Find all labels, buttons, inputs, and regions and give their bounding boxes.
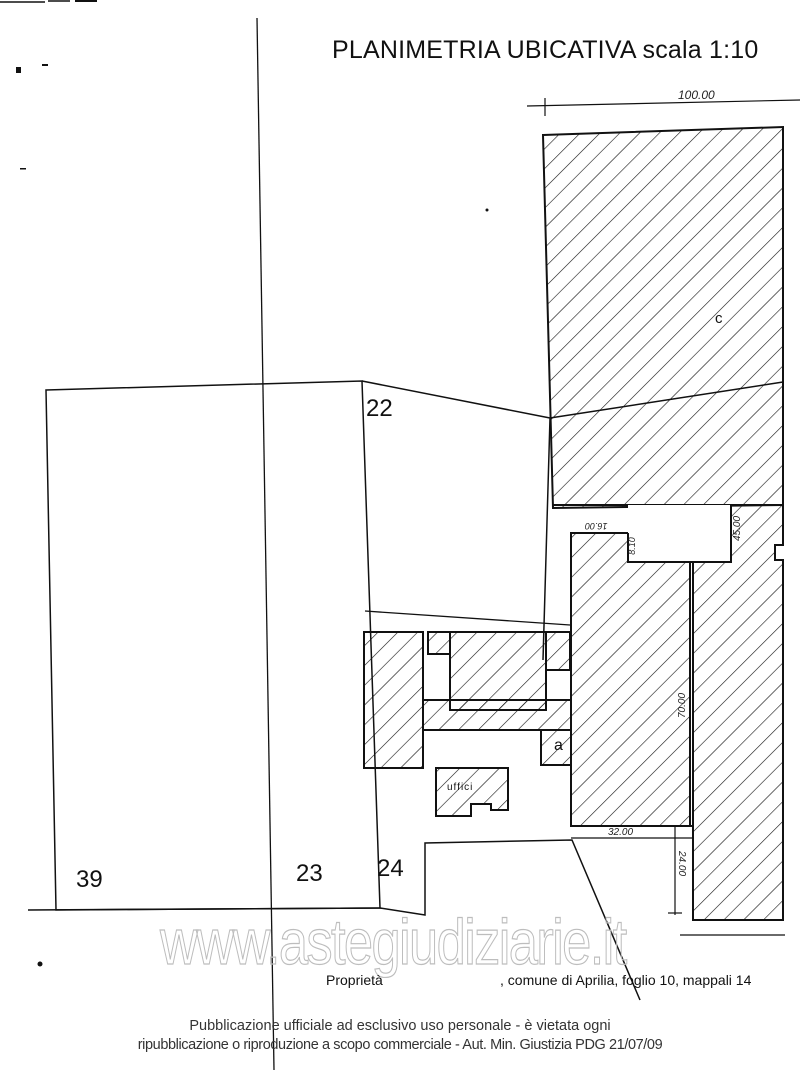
dimension-line-top — [527, 98, 800, 116]
building-label-c: c — [715, 310, 723, 327]
dimension-100: 100.00 — [678, 88, 715, 102]
parcel-label-39: 39 — [76, 866, 103, 894]
footer-notice-line2: ripubblicazione o riproduzione a scopo c… — [0, 1037, 800, 1053]
dimension-70: 70.00 — [677, 693, 688, 718]
plan-title: PLANIMETRIA UBICATIVA scala 1:10 — [332, 36, 758, 65]
dimension-8: 8.10 — [627, 537, 637, 555]
building-label-a: a — [554, 737, 563, 755]
dimension-24: 24.00 — [676, 851, 687, 876]
caption-owner: Proprietà — [326, 972, 383, 988]
building-c — [543, 127, 783, 508]
caption-location: , comune di Aprilia, foglio 10, mappali … — [500, 972, 751, 988]
building-main — [571, 533, 690, 826]
dimension-45: 45.00 — [732, 516, 743, 541]
parcel-label-23: 23 — [296, 860, 323, 888]
parcel-label-24: 24 — [377, 855, 404, 883]
footer-notice-line1: Pubblicazione ufficiale ad esclusivo uso… — [0, 1018, 800, 1034]
watermark: www.astegiudiziarie.it — [160, 905, 626, 979]
building-label-uffici: uffici — [447, 782, 473, 793]
dimension-16: 16.00 — [585, 521, 608, 531]
crop-marks — [0, 1, 97, 2]
dimension-32-label: 32.00 — [608, 827, 633, 838]
parcel-label-22: 22 — [366, 395, 393, 423]
